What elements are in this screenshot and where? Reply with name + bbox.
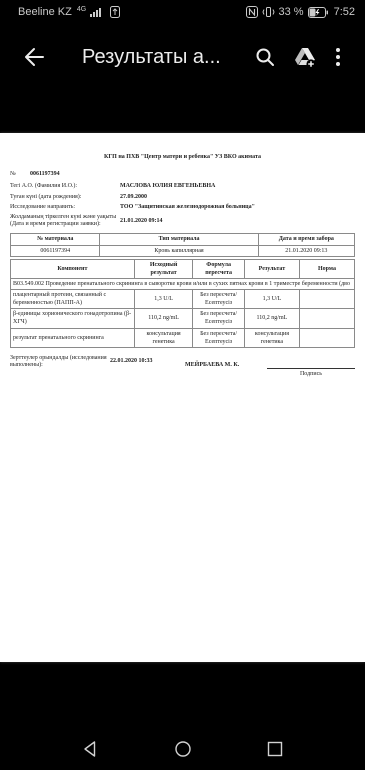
field-value: МАСЛОВА ЮЛИЯ ЕВГЕНЬЕВНА	[120, 182, 215, 190]
results-table: Компонент Исходный результат Формула пер…	[10, 259, 355, 348]
field-birthdate: Туған күні (дата рождения): 27.09.2000	[10, 193, 355, 201]
field-value: 27.09.2000	[120, 193, 147, 201]
overflow-menu-icon	[336, 48, 340, 66]
field-value: ТОО "Защитинская железнодорожная больниц…	[120, 203, 255, 211]
cell-formula: Без пересчета/ Есептеусіз	[193, 290, 245, 309]
col-component: Компонент	[11, 259, 135, 278]
cell-result: 110,2 ng/mL	[244, 309, 299, 328]
field-label: Жолдаманың тіркелген күні және уақыты (Д…	[10, 214, 120, 228]
phone-screen: Beeline KZ 4G	[0, 0, 365, 770]
col-norm: Норма	[299, 259, 354, 278]
col-result: Результат	[244, 259, 299, 278]
results-header-row: Компонент Исходный результат Формула пер…	[11, 259, 355, 278]
signal-icon	[90, 7, 102, 18]
cell-component: результат пренатального скрининга	[11, 328, 135, 347]
field-label: Исследование направить:	[10, 203, 120, 211]
cell-raw-result: 1,3 U/L	[134, 290, 192, 309]
network-type-label: 4G	[77, 6, 86, 13]
nav-back-button[interactable]	[70, 734, 110, 764]
field-label: Тегі А.О. (Фамилия И.О.):	[10, 182, 120, 190]
cell-formula: Без пересчета/ Есептеусіз	[193, 328, 245, 347]
field-name: Тегі А.О. (Фамилия И.О.): МАСЛОВА ЮЛИЯ Е…	[10, 182, 355, 190]
cell-component: плацентарный протеин, связанный с береме…	[11, 290, 135, 309]
col-raw-result: Исходный результат	[134, 259, 192, 278]
nav-home-icon	[174, 740, 192, 758]
add-to-drive-button[interactable]	[285, 37, 325, 77]
android-nav-bar	[0, 727, 365, 770]
material-row: 0061197394 Кровь капиллярная 21.01.2020 …	[11, 245, 355, 256]
document-title: Результаты а...	[82, 46, 245, 69]
material-table: № материала Тип материала Дата и время з…	[10, 233, 355, 257]
col-formula: Формула пересчета	[193, 259, 245, 278]
field-registration: Жолдаманың тіркелген күні және уақыты (Д…	[10, 214, 355, 228]
back-arrow-icon	[23, 46, 45, 68]
cell-norm	[299, 328, 354, 347]
document-number-row: № 0061197394	[10, 170, 355, 178]
nfc-icon	[246, 6, 258, 18]
search-button[interactable]	[245, 37, 285, 77]
number-label: №	[10, 170, 30, 178]
cell-material-number: 0061197394	[11, 245, 100, 256]
table-row: плацентарный протеин, связанный с береме…	[11, 290, 355, 309]
field-value: 21.01.2020 09:14	[120, 217, 163, 225]
doctor-name: МЕЙРБАЕВА М. К.	[185, 361, 255, 369]
overflow-menu-button[interactable]	[325, 37, 351, 77]
drive-add-icon	[293, 45, 317, 69]
status-left: Beeline KZ 4G	[10, 6, 246, 18]
cell-raw-result: 110,2 ng/mL	[134, 309, 192, 328]
status-bar: Beeline KZ 4G	[0, 0, 365, 24]
clock-label: 7:52	[334, 6, 355, 18]
number-value: 0061197394	[30, 170, 60, 178]
cell-norm	[299, 309, 354, 328]
section-title: B03.549.002 Проведение пренатального скр…	[11, 279, 355, 290]
section-row: B03.549.002 Проведение пренатального скр…	[11, 279, 355, 290]
nav-recents-button[interactable]	[255, 734, 295, 764]
document-footer: Зерттеулер орындалды (исследования выпол…	[10, 355, 355, 378]
data-saver-icon	[110, 6, 120, 18]
cell-raw-result: консультация генетика	[134, 328, 192, 347]
app-bar: Результаты а...	[0, 24, 365, 90]
pdf-viewer[interactable]: КГП на ПХВ "Центр матери и ребенка" УЗ В…	[0, 90, 365, 727]
table-row: результат пренатального скрининга консул…	[11, 328, 355, 347]
col-material-number: № материала	[11, 233, 100, 245]
col-material-type: Тип материала	[100, 233, 258, 245]
battery-icon	[308, 7, 328, 18]
performed-label: Зерттеулер орындалды (исследования выпол…	[10, 355, 110, 369]
cell-norm	[299, 290, 354, 309]
cell-sample-datetime: 21.01.2020 09:13	[258, 245, 354, 256]
signature-label: Подпись	[267, 370, 355, 378]
signature-block: Подпись	[267, 361, 355, 378]
search-icon	[254, 46, 276, 68]
back-button[interactable]	[14, 37, 54, 77]
cell-result: консультация генетика	[244, 328, 299, 347]
cell-component: β-единицы хорионического гонадотропина (…	[11, 309, 135, 328]
cell-result: 1,3 U/L	[244, 290, 299, 309]
cell-material-type: Кровь капиллярная	[100, 245, 258, 256]
nav-recents-icon	[267, 741, 283, 757]
status-right: 33 % 7:52	[246, 6, 356, 18]
battery-percent-label: 33 %	[279, 6, 304, 18]
signature-line	[267, 361, 355, 369]
org-title: КГП на ПХВ "Центр матери и ребенка" УЗ В…	[10, 153, 355, 161]
carrier-label: Beeline KZ	[18, 6, 72, 18]
vibrate-icon	[262, 6, 275, 18]
performed-date: 22.01.2020 10:33	[110, 357, 185, 365]
material-header-row: № материала Тип материала Дата и время з…	[11, 233, 355, 245]
field-label: Туған күні (дата рождения):	[10, 193, 120, 201]
nav-home-button[interactable]	[163, 734, 203, 764]
col-sample-datetime: Дата и время забора	[258, 233, 354, 245]
cell-formula: Без пересчета/ Есептеусіз	[193, 309, 245, 328]
nav-back-icon	[81, 740, 99, 758]
field-referral: Исследование направить: ТОО "Защитинская…	[10, 203, 355, 211]
document-page: КГП на ПХВ "Центр матери и ребенка" УЗ В…	[0, 133, 365, 662]
table-row: β-единицы хорионического гонадотропина (…	[11, 309, 355, 328]
